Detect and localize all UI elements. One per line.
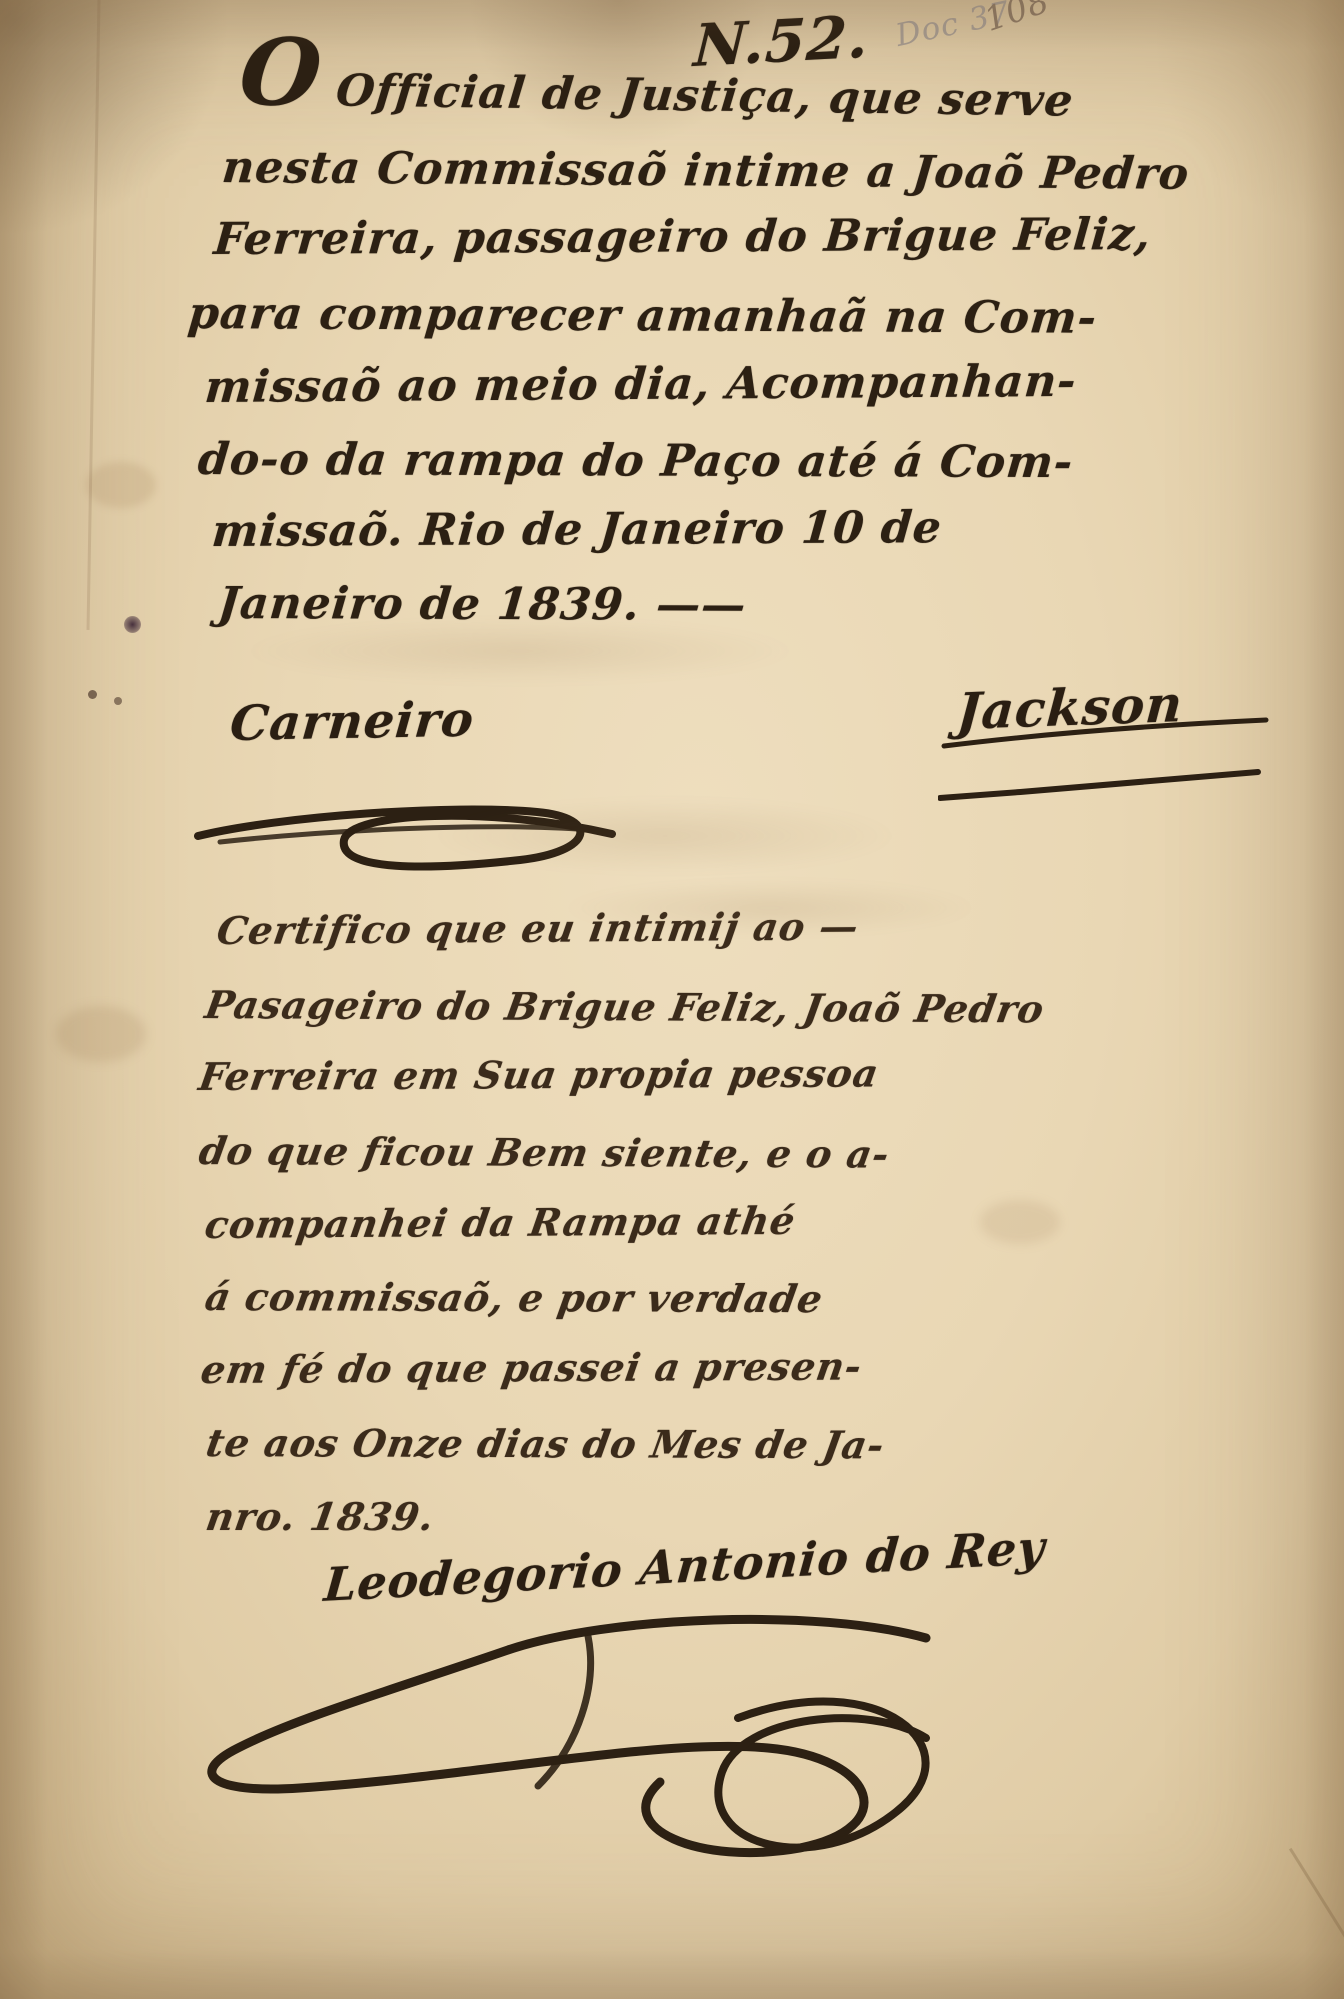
ink-speck <box>88 690 97 699</box>
cert-line: á commissaõ, e por verdade <box>202 1274 826 1321</box>
leodegorio-rubric-flourish <box>178 1596 998 1896</box>
signature-jackson: Jackson <box>955 674 1185 741</box>
bleedthrough-smudge <box>430 798 900 874</box>
carneiro-rubric-flourish <box>190 756 620 886</box>
foxing-spot <box>980 1200 1060 1244</box>
corner-page-number: 108 <box>979 0 1054 39</box>
order-line: missaõ ao meio dia, Acompanhan- <box>203 356 1079 413</box>
cert-line: Certifico que eu intimij ao — <box>214 903 862 953</box>
cert-line: do que ficou Bem siente, e o a- <box>196 1128 893 1177</box>
cert-line: te aos Onze dias do Mes de Ja- <box>203 1420 888 1467</box>
ink-speck <box>114 697 122 705</box>
cert-line: em fé do que passei a presen- <box>198 1344 865 1392</box>
order-line: Ferreira, passageiro do Brigue Feliz, <box>212 209 1153 265</box>
order-line: O Official de Justiça, que serve <box>236 44 1078 127</box>
order-line: para comparecer amanhaã na Com- <box>186 288 1099 344</box>
order-line: missaõ. Rio de Janeiro 10 de <box>210 502 944 557</box>
manuscript-page: N.52. Doc 37 108 O Official de Justiça, … <box>0 0 1344 1999</box>
ink-blot <box>124 616 141 633</box>
cert-line: nro. 1839. <box>203 1494 438 1539</box>
cert-line: Ferreira em Sua propia pessoa <box>196 1050 882 1099</box>
order-line: nesta Commissaõ intime a Joaõ Pedro <box>220 142 1192 200</box>
cert-line: Pasageiro do Brigue Feliz, Joaõ Pedro <box>202 982 1048 1031</box>
cert-line: companhei da Rampa athé <box>202 1198 799 1247</box>
paper-crease <box>1289 1848 1344 1951</box>
order-line: Janeiro de 1839. —— <box>216 578 749 631</box>
signature-carneiro: Carneiro <box>228 692 476 752</box>
foxing-spot <box>86 462 156 508</box>
paper-crease <box>87 0 101 630</box>
foxing-spot <box>56 1006 146 1062</box>
order-line: do-o da rampa do Paço até á Com- <box>196 434 1076 488</box>
